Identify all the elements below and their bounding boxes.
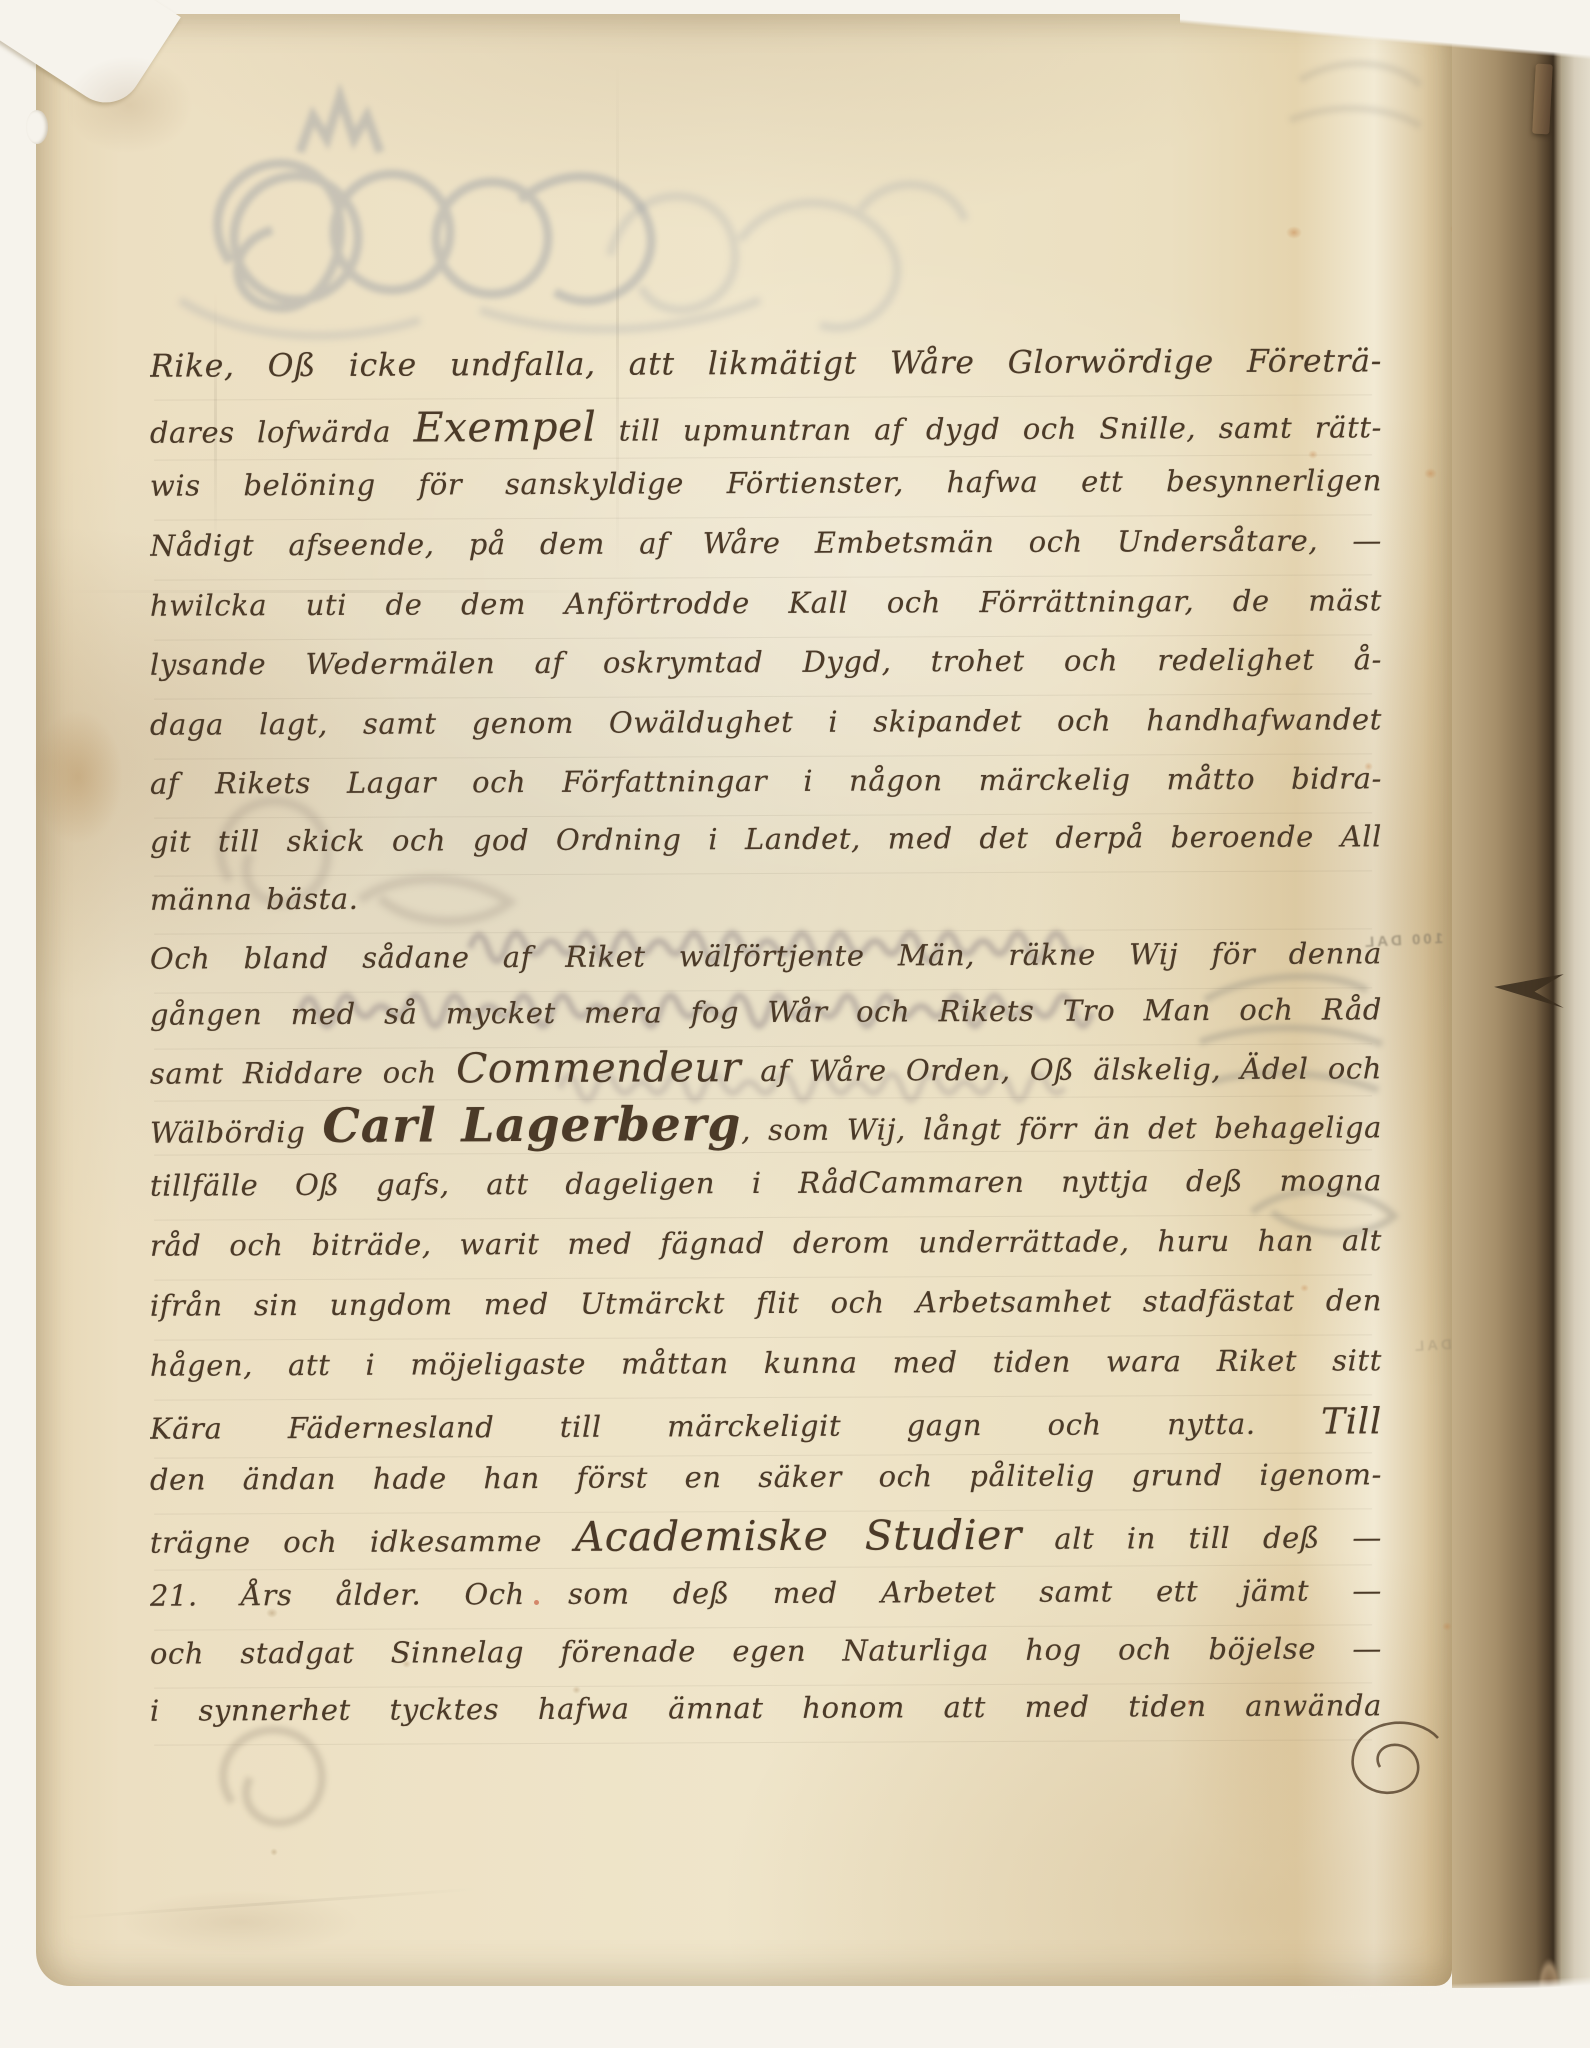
manuscript-emphasis: Academiske Studier — [575, 1513, 1022, 1561]
manuscript-segment: hågen, att i möjeligaste måttan kunna me… — [150, 1343, 1382, 1382]
manuscript-segment: trägne och idkesamme — [150, 1524, 575, 1560]
manuscript-line: daga lagt, samt genom Owäldughet i skipa… — [150, 702, 1382, 769]
manuscript-segment: Kära Fädernesland till märckeligit gagn … — [150, 1407, 1321, 1446]
manuscript-segment: Wälbördig — [150, 1115, 323, 1150]
manuscript-line: Wälbördig Carl Lagerberg, som Wij, långt… — [150, 1098, 1382, 1165]
manuscript-segment: Nådigt afseende, på dem af Wåre Embetsmä… — [150, 523, 1382, 562]
manuscript-segment: , som Wij, långt förr än det behageliga — [741, 1110, 1382, 1147]
pen-flourish — [1340, 1712, 1444, 1804]
manuscript-segment: ifrån sin ungdom med Utmärckt flit och A… — [150, 1283, 1382, 1322]
manuscript-segment: alt in till deß — — [1022, 1520, 1382, 1556]
manuscript-segment: tillfälle Oß gafs, att dageligen i RådCa… — [150, 1163, 1382, 1202]
manuscript-line: 21. Års ålder. Och som deß med Arbetet s… — [150, 1573, 1382, 1640]
manuscript-segment: dares lofwärda — [150, 415, 414, 450]
scanner-margin-bottom — [1330, 1948, 1590, 2048]
manuscript-segment: af Rikets Lagar och Författningar i någo… — [150, 761, 1382, 800]
manuscript-line: ifrån sin ungdom med Utmärckt flit och A… — [150, 1283, 1382, 1350]
manuscript-line: råd och biträde, warit med fägnad derom … — [150, 1223, 1382, 1290]
manuscript-segment: samt Riddare och — [150, 1055, 456, 1090]
manuscript-segment: råd och biträde, warit med fägnad derom … — [150, 1223, 1382, 1262]
manuscript-segment: af Wåre Orden, Oß älskelig, Ädel och — [741, 1051, 1382, 1088]
manuscript-segment: Och bland sådane af Riket wälförtjente M… — [150, 936, 1382, 975]
manuscript-line: hågen, att i möjeligaste måttan kunna me… — [150, 1343, 1382, 1410]
manuscript-segment: lysande Wedermälen af oskrymtad Dygd, tr… — [150, 642, 1382, 681]
manuscript-line: dares lofwärda Exempel till upmuntran af… — [150, 403, 1382, 470]
manuscript-segment: och stadgat Sinnelag förenade egen Natur… — [150, 1631, 1382, 1670]
manuscript-segment: daga lagt, samt genom Owäldughet i skipa… — [150, 702, 1382, 741]
manuscript-line: wis belöning för sanskyldige Förtienster… — [150, 463, 1382, 530]
manuscript-emphasis: Exempel — [413, 403, 596, 451]
manuscript-segment: männa bästa. — [150, 882, 359, 917]
manuscript-segment: i synnerhet tycktes hafwa ämnat honom at… — [150, 1688, 1382, 1727]
manuscript-line: trägne och idkesamme Academiske Studier … — [150, 1513, 1382, 1580]
manuscript-segment: den ändan hade han först en säker och på… — [150, 1457, 1382, 1496]
manuscript-segment: hwilcka uti de dem Anförtrodde Kall och … — [150, 583, 1382, 622]
manuscript-line: Rike, Oß icke undfalla, att likmätigt Wå… — [150, 343, 1382, 410]
manuscript-line: männa bästa. — [150, 877, 1382, 944]
manuscript-line: git till skick och god Ordning i Landet,… — [150, 819, 1382, 886]
scanner-margin-top — [1180, 6, 1590, 64]
manuscript-segment: till upmuntran af dygd och Snille, samt … — [596, 410, 1382, 447]
scanned-manuscript: 100 DAL 100 DAL Rike, Oß icke undfalla, … — [0, 0, 1590, 2048]
manuscript-emphasis: Carl Lagerberg — [322, 1098, 741, 1154]
manuscript-line: lysande Wedermälen af oskrymtad Dygd, tr… — [150, 642, 1382, 709]
manuscript-segment: git till skick och god Ordning i Landet,… — [150, 819, 1382, 858]
manuscript-emphasis: Till — [1321, 1401, 1382, 1442]
manuscript-segment: wis belöning för sanskyldige Förtienster… — [150, 463, 1382, 502]
manuscript-line: tillfälle Oß gafs, att dageligen i RådCa… — [150, 1163, 1382, 1230]
book-cover-edge — [1562, 10, 1590, 1988]
manuscript-line: hwilcka uti de dem Anförtrodde Kall och … — [150, 583, 1382, 650]
manuscript-segment: 21. Års ålder. Och som deß med Arbetet s… — [150, 1573, 1382, 1612]
manuscript-line: Nådigt afseende, på dem af Wåre Embetsmä… — [150, 523, 1382, 590]
manuscript-emphasis: Commendeur — [456, 1044, 741, 1092]
manuscript-line: i synnerhet tycktes hafwa ämnat honom at… — [150, 1688, 1382, 1755]
manuscript-segment: Rike, Oß icke undfalla, att likmätigt Wå… — [150, 343, 1382, 384]
manuscript-segment: gången med så mycket mera fog Wår och Ri… — [150, 992, 1382, 1031]
manuscript-line: af Rikets Lagar och Författningar i någo… — [150, 761, 1382, 828]
